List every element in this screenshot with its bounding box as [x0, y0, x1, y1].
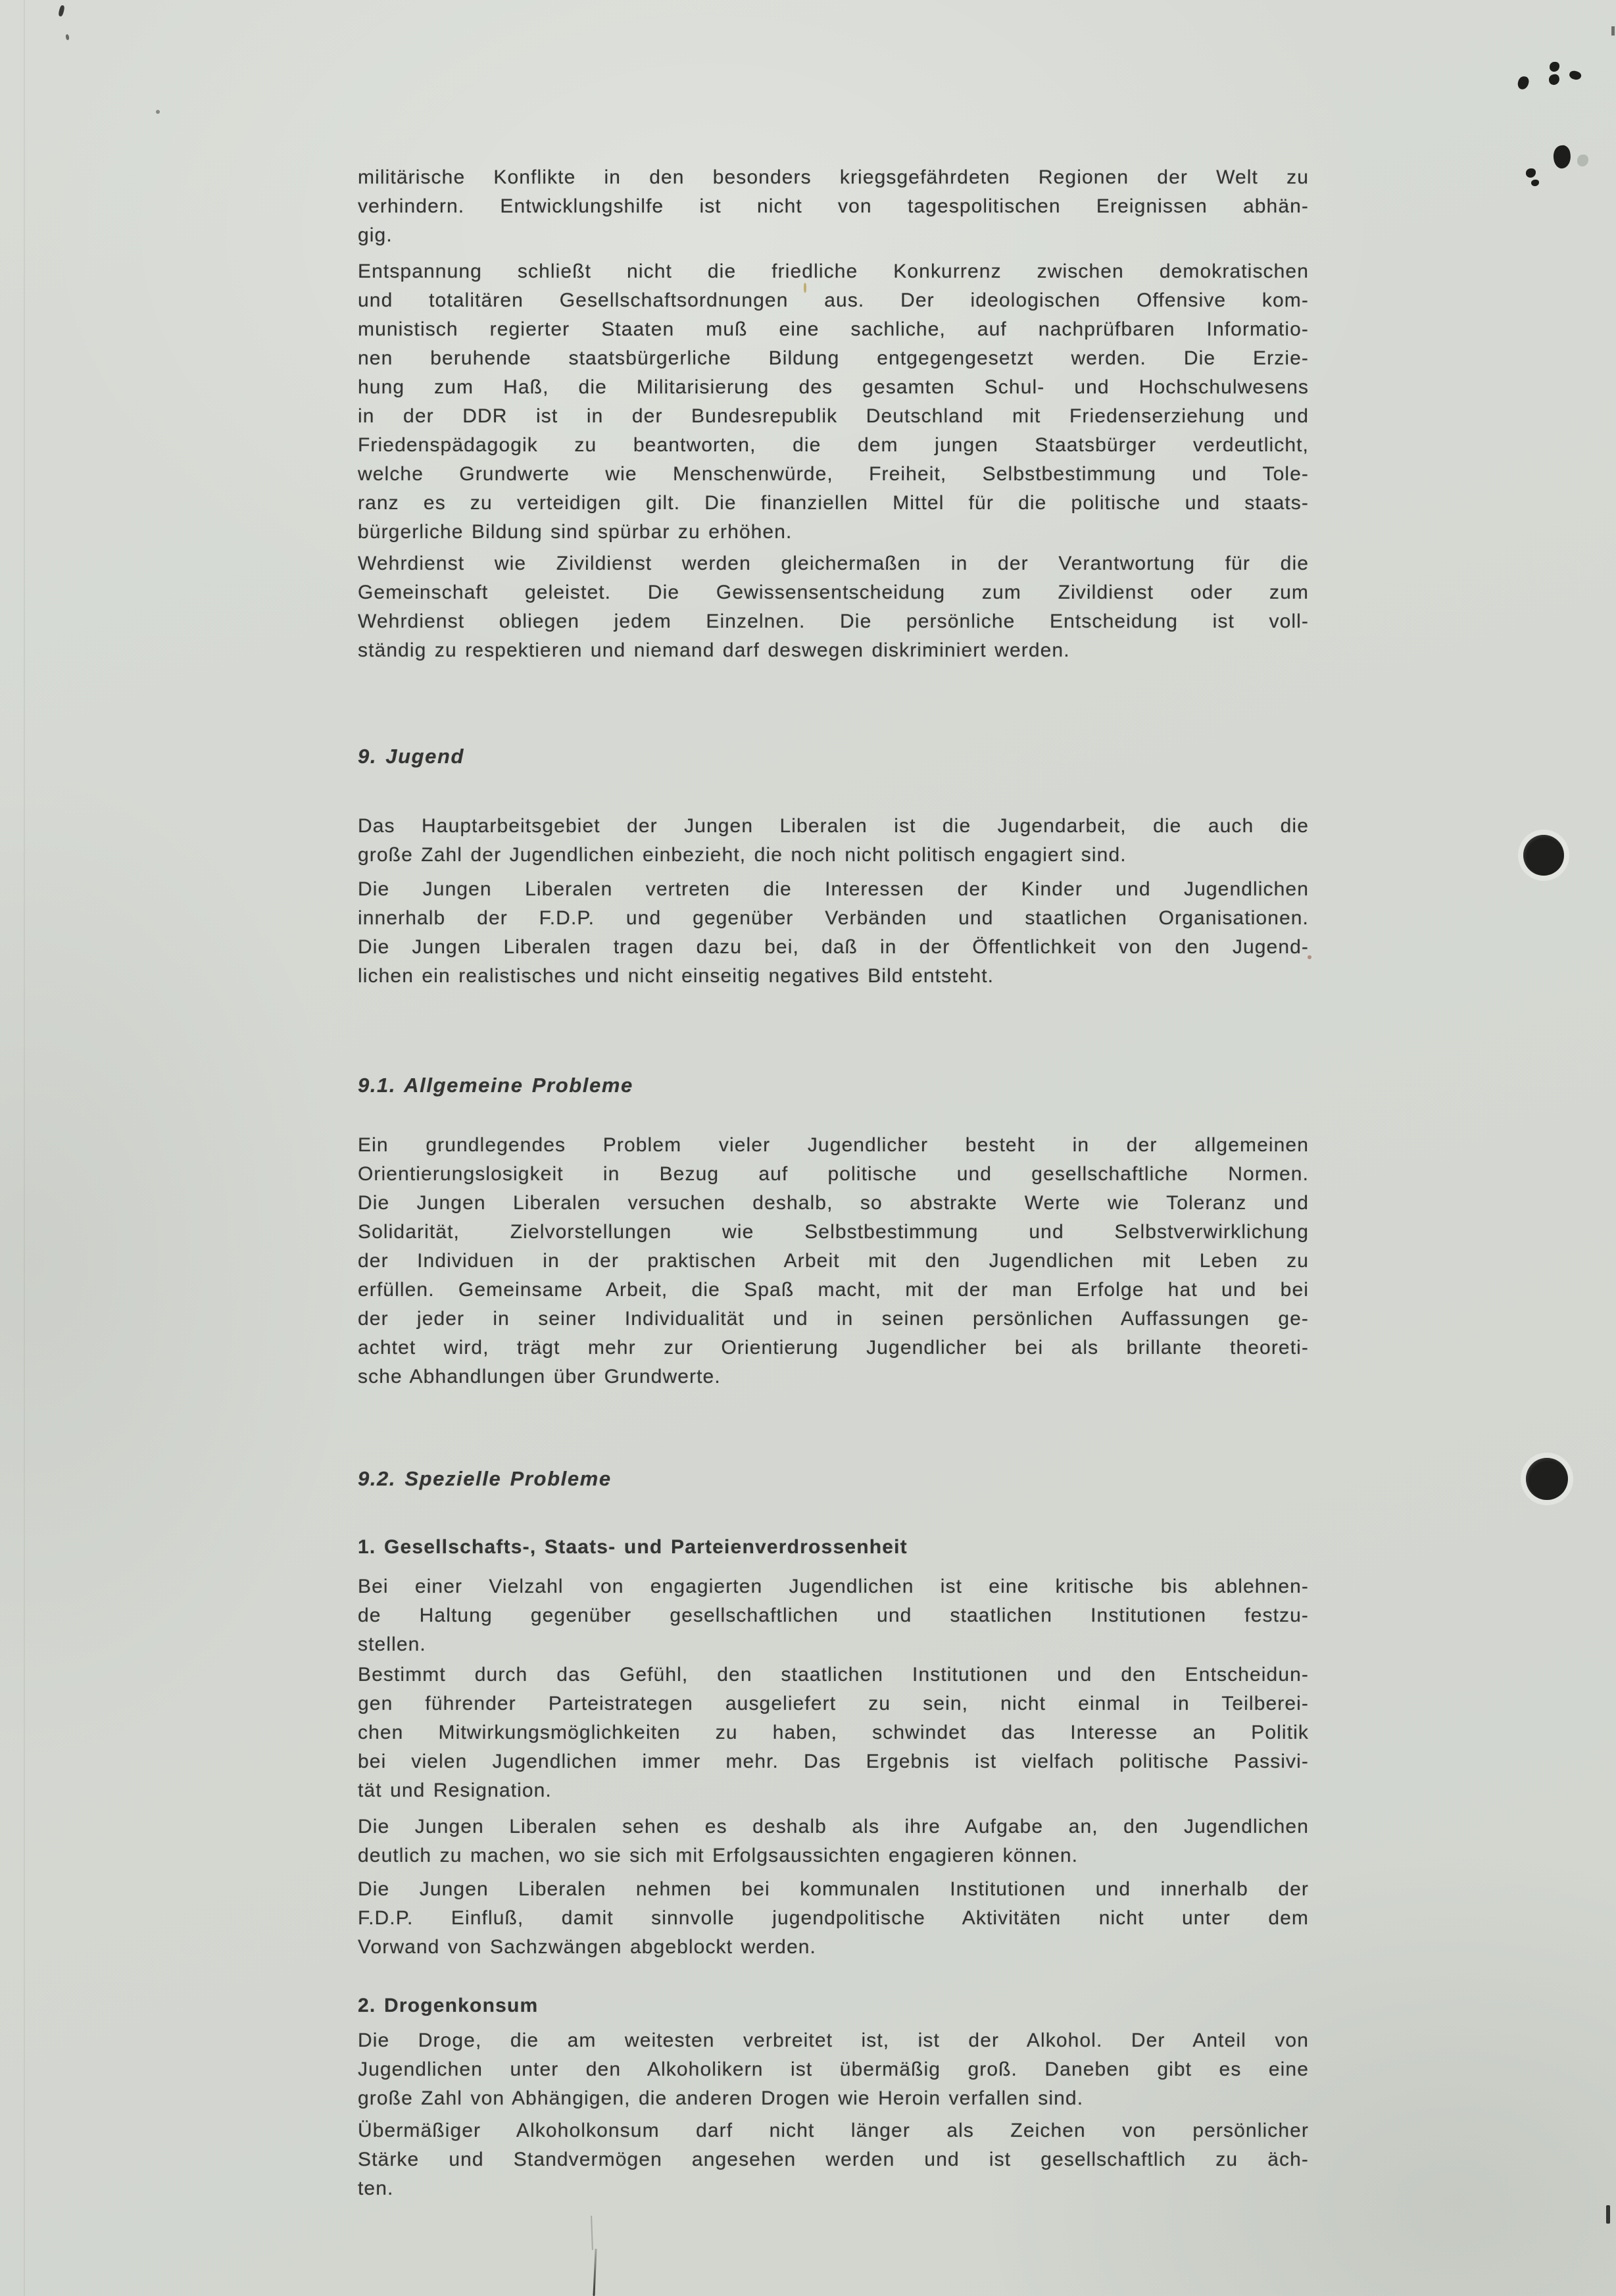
ink-mark-icon [1550, 62, 1559, 72]
text-line: ständig zu respektieren und niemand darf… [358, 636, 1309, 665]
text-line: bürgerliche Bildung sind spürbar zu erhö… [358, 518, 1309, 547]
paper-scratch-icon [593, 2249, 597, 2296]
text-line: tät und Resignation. [358, 1776, 1309, 1805]
section-heading-general-problems: 9.1. Allgemeine Probleme [358, 1071, 1309, 1100]
text-line: gen führender Parteistrategen ausgeliefe… [358, 1689, 1309, 1718]
ink-mark-icon [1517, 76, 1530, 91]
paper-speck-icon [156, 110, 160, 114]
paragraph-political-passivity: Bestimmt durch das Gefühl, den staatlich… [358, 1660, 1309, 1805]
text-line: Das Hauptarbeitsgebiet der Jungen Libera… [358, 812, 1309, 841]
ink-mark-icon [1552, 145, 1572, 170]
text-line: erfüllen. Gemeinsame Arbeit, die Spaß ma… [358, 1276, 1309, 1305]
pencil-tick-icon [65, 34, 69, 41]
paragraph-interests: Die Jungen Liberalen vertreten die Inter… [358, 875, 1309, 991]
text-line: chen Mitwirkungsmöglichkeiten zu haben, … [358, 1718, 1309, 1747]
ink-mark-icon [1526, 168, 1536, 178]
text-line: große Zahl der Jugendlichen einbezieht, … [358, 841, 1309, 870]
text-line: Vorwand von Sachzwängen abgeblockt werde… [358, 1933, 1309, 1962]
text-line: gig. [358, 221, 1309, 250]
paragraph-task: Die Jungen Liberalen sehen es deshalb al… [358, 1812, 1309, 1870]
paragraph-military-civil-service: Wehrdienst wie Zivildienst werden gleich… [358, 549, 1309, 665]
text-line: Gemeinschaft geleistet. Die Gewissensent… [358, 578, 1309, 607]
punch-hole-icon [1526, 1458, 1568, 1500]
text-line: Die Jungen Liberalen nehmen bei kommunal… [358, 1875, 1309, 1904]
text-line: Die Droge, die am weitesten verbreitet i… [358, 2026, 1309, 2055]
section-heading-jugend: 9. Jugend [358, 742, 1309, 771]
text-line: Die Jungen Liberalen vertreten die Inter… [358, 875, 1309, 904]
text-line: Orientierungslosigkeit in Bezug auf poli… [358, 1160, 1309, 1189]
text-line: innerhalb der F.D.P. und gegenüber Verbä… [358, 904, 1309, 933]
text-line: verhindern. Entwicklungshilfe ist nicht … [358, 192, 1309, 221]
text-line: Bestimmt durch das Gefühl, den staatlich… [358, 1660, 1309, 1689]
text-line: bei vielen Jugendlichen immer mehr. Das … [358, 1747, 1309, 1776]
text-line: Wehrdienst wie Zivildienst werden gleich… [358, 549, 1309, 578]
paragraph-alcohol: Die Droge, die am weitesten verbreitet i… [358, 2026, 1309, 2113]
paragraph-critical-attitude: Bei einer Vielzahl von engagierten Jugen… [358, 1572, 1309, 1659]
text-line: ranz es zu verteidigen gilt. Die finanzi… [358, 489, 1309, 518]
paragraph-military-conflicts: militärische Konflikte in den besonders … [358, 163, 1309, 250]
ink-mark-icon [1568, 69, 1582, 81]
paragraph-influence: Die Jungen Liberalen nehmen bei kommunal… [358, 1875, 1309, 1962]
paper-speck-icon [804, 283, 806, 293]
punch-hole-icon [1523, 835, 1564, 876]
edge-mark-icon [1606, 2205, 1610, 2224]
text-line: Die Jungen Liberalen sehen es deshalb al… [358, 1812, 1309, 1841]
paper-fold-line [24, 0, 25, 2296]
text-line: munistisch regierter Staaten muß eine sa… [358, 315, 1309, 344]
scanned-document-page: militärische Konflikte in den besonders … [0, 0, 1616, 2296]
paragraph-alcohol-consumption: Übermäßiger Alkoholkonsum darf nicht län… [358, 2116, 1309, 2203]
text-line: große Zahl von Abhängigen, die anderen D… [358, 2084, 1309, 2113]
text-line: der jeder in seiner Individualität und i… [358, 1305, 1309, 1334]
text-line: hung zum Haß, die Militarisierung des ge… [358, 373, 1309, 402]
text-line: Solidarität, Zielvorstellungen wie Selbs… [358, 1218, 1309, 1247]
text-line: Bei einer Vielzahl von engagierten Jugen… [358, 1572, 1309, 1601]
text-line: F.D.P. Einfluß, damit sinnvolle jugendpo… [358, 1904, 1309, 1933]
text-line: militärische Konflikte in den besonders … [358, 163, 1309, 192]
text-line: de Haltung gegenüber gesellschaftlichen … [358, 1601, 1309, 1630]
text-line: Entspannung schließt nicht die friedlich… [358, 257, 1309, 286]
text-line: deutlich zu machen, wo sie sich mit Erfo… [358, 1841, 1309, 1870]
text-line: ten. [358, 2174, 1309, 2203]
edge-mark-icon [1611, 26, 1615, 36]
paragraph-orientation: Ein grundlegendes Problem vieler Jugendl… [358, 1131, 1309, 1391]
text-line: Die Jungen Liberalen tragen dazu bei, da… [358, 933, 1309, 962]
text-line: sche Abhandlungen über Grundwerte. [358, 1362, 1309, 1391]
text-line: Ein grundlegendes Problem vieler Jugendl… [358, 1131, 1309, 1160]
text-line: und totalitären Gesellschaftsordnungen a… [358, 286, 1309, 315]
paper-scratch-icon [591, 2216, 593, 2250]
ink-mark-icon [1548, 74, 1560, 86]
text-line: Die Jungen Liberalen versuchen deshalb, … [358, 1189, 1309, 1218]
staple-indent-mark-icon [1577, 155, 1588, 166]
text-line: Übermäßiger Alkoholkonsum darf nicht län… [358, 2116, 1309, 2145]
subheading-verdrossenheit: 1. Gesellschafts-, Staats- und Parteienv… [358, 1533, 1309, 1562]
paragraph-main-field: Das Hauptarbeitsgebiet der Jungen Libera… [358, 812, 1309, 870]
text-line: Wehrdienst obliegen jedem Einzelnen. Die… [358, 607, 1309, 636]
text-line: in der DDR ist in der Bundesrepublik Deu… [358, 402, 1309, 431]
text-line: welche Grundwerte wie Menschenwürde, Fre… [358, 460, 1309, 489]
text-line: der Individuen in der praktischen Arbeit… [358, 1247, 1309, 1276]
pencil-tick-icon [58, 5, 65, 16]
paper-speck-icon [1308, 955, 1311, 959]
ink-mark-icon [1531, 180, 1539, 186]
subheading-drogenkonsum: 2. Drogenkonsum [358, 1991, 1309, 2020]
text-line: Jugendlichen unter den Alkoholikern ist … [358, 2055, 1309, 2084]
text-line: lichen ein realistisches und nicht einse… [358, 962, 1309, 991]
text-line: achtet wird, trägt mehr zur Orientierung… [358, 1334, 1309, 1362]
paragraph-detente: Entspannung schließt nicht die friedlich… [358, 257, 1309, 547]
section-heading-special-problems: 9.2. Spezielle Probleme [358, 1464, 1309, 1493]
text-line: stellen. [358, 1630, 1309, 1659]
text-line: Friedenspädagogik zu beantworten, die de… [358, 431, 1309, 460]
text-line: nen beruhende staatsbürgerliche Bildung … [358, 344, 1309, 373]
text-line: Stärke und Standvermögen angesehen werde… [358, 2145, 1309, 2174]
